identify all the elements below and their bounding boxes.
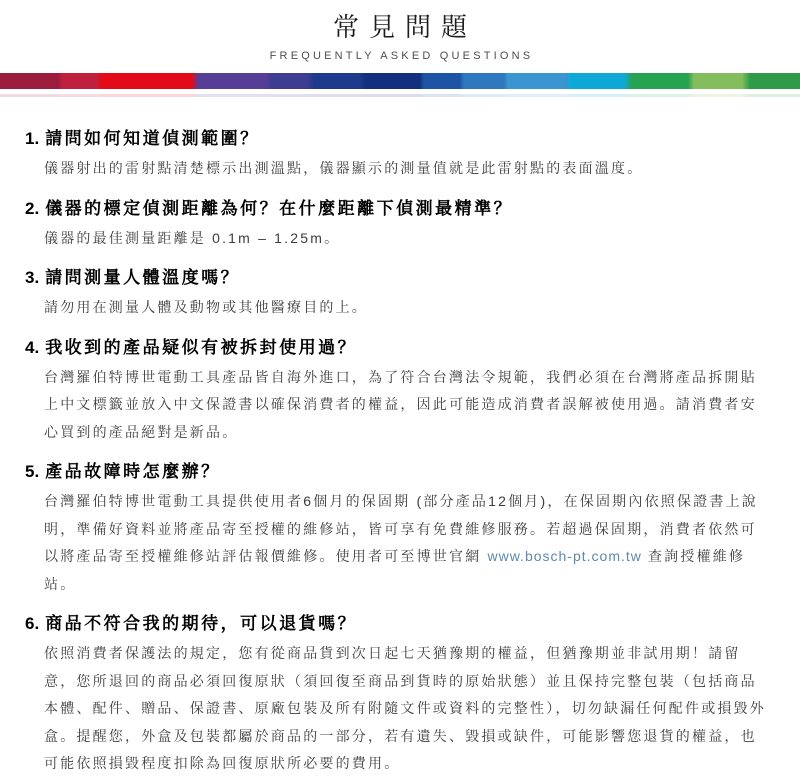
page-subtitle: FREQUENTLY ASKED QUESTIONS [0, 50, 800, 63]
faq-answer-6: 依照消費者保護法的規定，您有從商品貨到次日起七天猶豫期的權益，但猶豫期並非試用期… [44, 640, 766, 778]
bosch-supergraphic-reflection [0, 94, 800, 97]
faq-number: 6. [25, 612, 39, 636]
faq-question-1: 1. 請問如何知道偵測範圍？ [25, 127, 775, 151]
faq-question-6: 6. 商品不符合我的期待，可以退貨嗎？ [25, 612, 775, 636]
faq-item-5: 5. 產品故障時怎麼辦？ 台灣羅伯特博世電動工具提供使用者6個月的保固期 (部分… [25, 460, 775, 598]
faq-number: 3. [25, 266, 39, 290]
faq-question-3: 3. 請問測量人體溫度嗎？ [25, 266, 775, 290]
faq-item-6: 6. 商品不符合我的期待，可以退貨嗎？ 依照消費者保護法的規定，您有從商品貨到次… [25, 612, 775, 778]
faq-item-1: 1. 請問如何知道偵測範圍？ 儀器射出的雷射點清楚標示出測溫點，儀器顯示的測量值… [25, 127, 775, 183]
faq-number: 5. [25, 460, 39, 484]
faq-question-4: 4. 我收到的產品疑似有被拆封使用過？ [25, 336, 775, 360]
faq-item-2: 2. 儀器的標定偵測距離為何？在什麼距離下偵測最精準？ 儀器的最佳測量距離是 0… [25, 197, 775, 253]
faq-answer-5: 台灣羅伯特博世電動工具提供使用者6個月的保固期 (部分產品12個月)，在保固期內… [44, 488, 766, 598]
faq-answer-3: 請勿用在測量人體及動物或其他醫療目的上。 [44, 294, 766, 322]
faq-number: 2. [25, 197, 39, 221]
faq-header: 常見問題 FREQUENTLY ASKED QUESTIONS [0, 12, 800, 63]
faq-answer-1: 儀器射出的雷射點清楚標示出測溫點，儀器顯示的測量值就是此雷射點的表面溫度。 [44, 155, 766, 183]
faq-answer-4: 台灣羅伯特博世電動工具產品皆自海外進口，為了符合台灣法令規範，我們必須在台灣將產… [44, 364, 766, 447]
faq-question-text: 儀器的標定偵測距離為何？在什麼距離下偵測最精準？ [45, 197, 513, 221]
faq-item-4: 4. 我收到的產品疑似有被拆封使用過？ 台灣羅伯特博世電動工具產品皆自海外進口，… [25, 336, 775, 447]
bosch-website-link[interactable]: www.bosch-pt.com.tw [488, 548, 642, 564]
faq-question-text: 我收到的產品疑似有被拆封使用過？ [45, 336, 357, 360]
faq-question-5: 5. 產品故障時怎麼辦？ [25, 460, 775, 484]
faq-number: 4. [25, 336, 39, 360]
faq-answer-2: 儀器的最佳測量距離是 0.1m – 1.25m。 [44, 225, 766, 253]
faq-question-text: 商品不符合我的期待，可以退貨嗎？ [45, 612, 357, 636]
faq-question-text: 產品故障時怎麼辦？ [45, 460, 221, 484]
faq-question-text: 請問測量人體溫度嗎？ [45, 266, 240, 290]
faq-list: 1. 請問如何知道偵測範圍？ 儀器射出的雷射點清楚標示出測溫點，儀器顯示的測量值… [0, 127, 800, 778]
faq-number: 1. [25, 127, 39, 151]
faq-question-2: 2. 儀器的標定偵測距離為何？在什麼距離下偵測最精準？ [25, 197, 775, 221]
faq-item-3: 3. 請問測量人體溫度嗎？ 請勿用在測量人體及動物或其他醫療目的上。 [25, 266, 775, 322]
bosch-supergraphic-bar [0, 73, 800, 89]
faq-question-text: 請問如何知道偵測範圍？ [45, 127, 260, 151]
page-title: 常見問題 [0, 12, 800, 42]
faq-page: 常見問題 FREQUENTLY ASKED QUESTIONS 1. 請問如何知… [0, 0, 800, 778]
